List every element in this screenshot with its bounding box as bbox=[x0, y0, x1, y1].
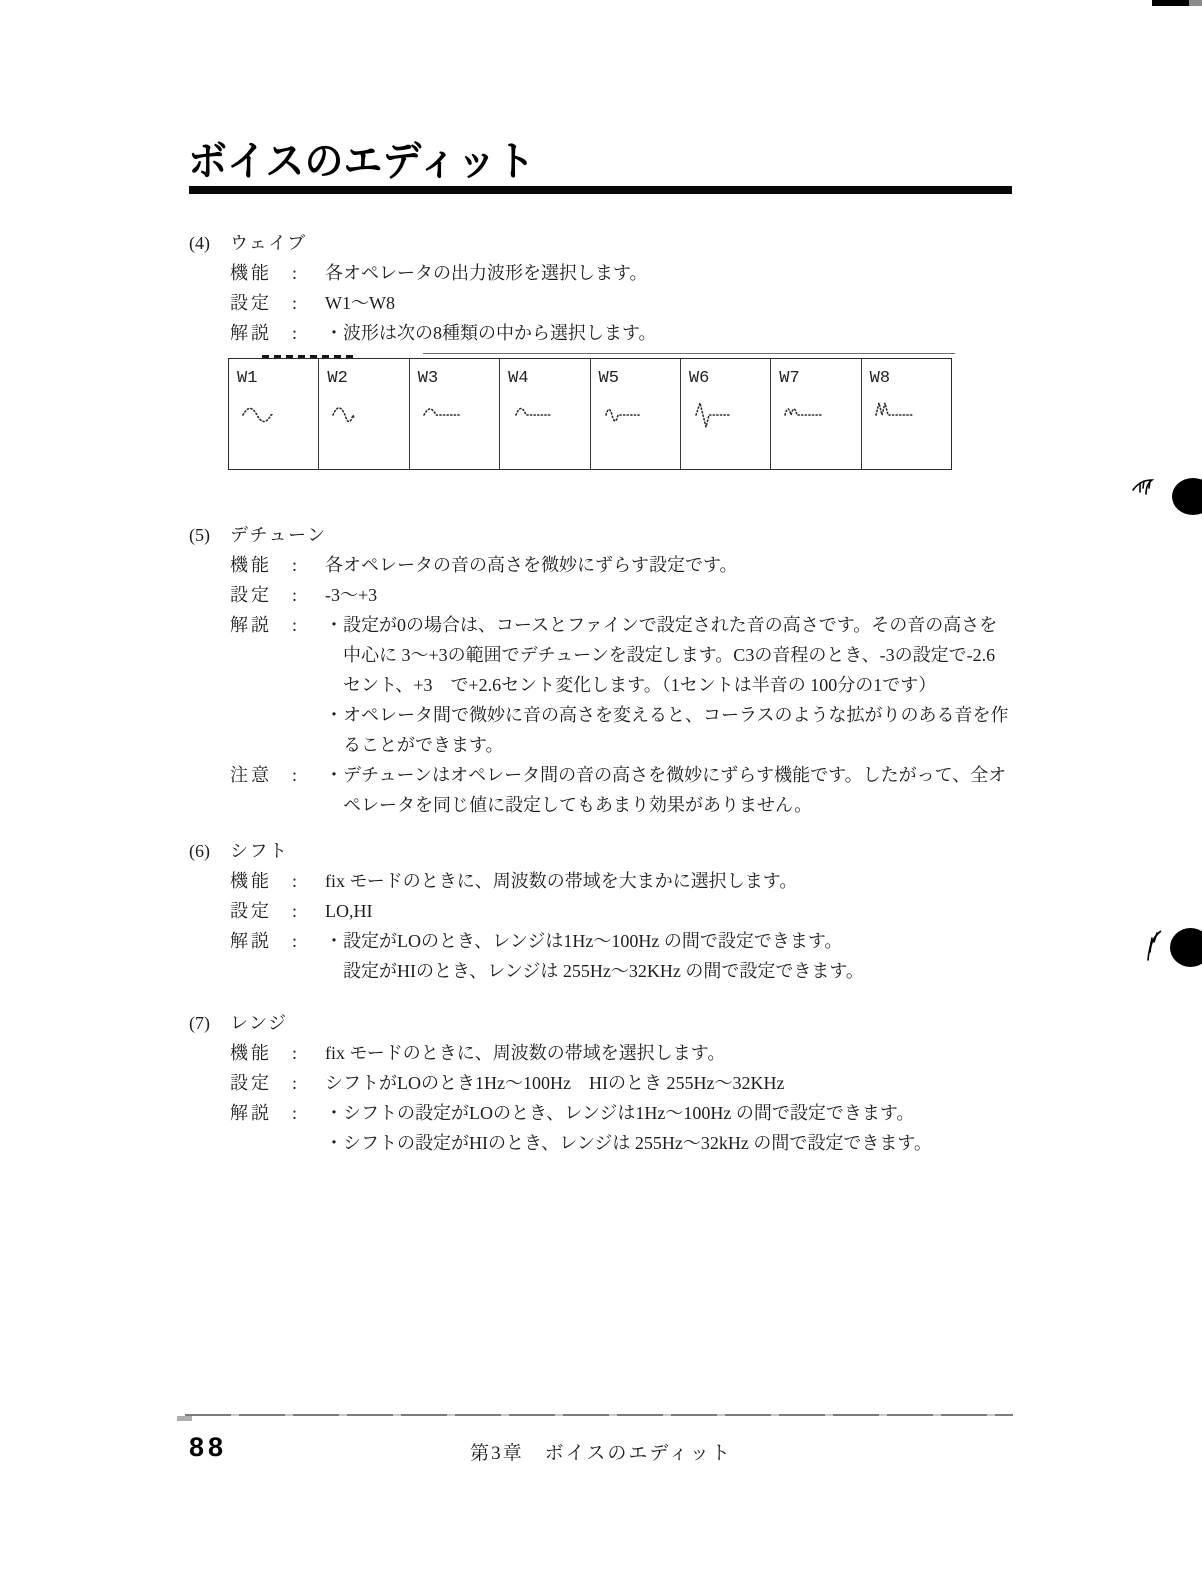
spec-row: 解説 : ・波形は次の8種類の中から選択します。 bbox=[189, 318, 1015, 348]
spec-text: ペレータを同じ値に設定してもあまり効果がありません。 bbox=[325, 790, 1015, 820]
title-rule bbox=[189, 186, 1012, 194]
compressed-sine-wave-icon bbox=[599, 401, 663, 429]
wave-label: W3 bbox=[418, 364, 438, 394]
spec-label: 機能 bbox=[230, 550, 292, 580]
spec-text: 設定がHIのとき、レンジは 255Hz～32KHz の間で設定できます。 bbox=[325, 956, 1015, 986]
full-sine-wave-icon bbox=[237, 401, 301, 429]
spec-row: 設定 : -3～+3 bbox=[189, 580, 1015, 610]
wave-label: W5 bbox=[599, 364, 619, 394]
peaked-sine-wave-icon bbox=[327, 401, 391, 429]
spec-text: 中心に 3～+3の範囲でデチューンを設定します。C3の音程のとき、-3の設定で-… bbox=[325, 640, 1015, 670]
spec-row: 解説 : ・シフトの設定がLOのとき、レンジは1Hz～100Hz の間で設定でき… bbox=[189, 1098, 1015, 1158]
section-name: ウェイブ bbox=[230, 228, 307, 258]
spec-label: 解説 bbox=[230, 318, 292, 348]
wave-cell-w7: W7 bbox=[770, 359, 860, 469]
ink-blot bbox=[1172, 478, 1202, 515]
wave-label: W7 bbox=[779, 364, 799, 394]
spec-text: ・オペレータ間で微妙に音の高さを変えると、コーラスのような拡がりのある音を作 bbox=[325, 700, 1015, 730]
section-number: (7) bbox=[189, 1008, 230, 1038]
section-number: (4) bbox=[189, 228, 230, 258]
ink-blot bbox=[1170, 928, 1202, 967]
spec-colon: : bbox=[292, 926, 325, 986]
spec-text: ることができます。 bbox=[325, 730, 1015, 760]
spec-text: シフトがLOのとき1Hz～100Hz HIのとき 255Hz～32KHz bbox=[325, 1068, 1015, 1098]
wave-cell-w3: W3 bbox=[409, 359, 499, 469]
spec-text: 各オペレータの出力波形を選択します。 bbox=[325, 258, 1015, 288]
spec-row: 設定 : LO,HI bbox=[189, 896, 1015, 926]
spec-text: ・シフトの設定がHIのとき、レンジは 255Hz～32kHz の間で設定できます… bbox=[325, 1128, 1015, 1158]
spec-colon: : bbox=[292, 1098, 325, 1158]
section-shift: (6) シフト 機能 : fix モードのときに、周波数の帯域を大まかに選択しま… bbox=[189, 836, 1015, 986]
section-heading: (4) ウェイブ bbox=[189, 228, 1015, 258]
spec-colon: : bbox=[292, 896, 325, 926]
spec-colon: : bbox=[292, 288, 325, 318]
section-name: デチューン bbox=[230, 520, 327, 550]
spec-text: ・設定が0の場合は、コースとファインで設定された音の高さです。その音の高さを bbox=[325, 610, 1015, 640]
waveform-table: W1 W2 W3 W4 bbox=[228, 358, 952, 470]
spec-row: 設定 : シフトがLOのとき1Hz～100Hz HIのとき 255Hz～32KH… bbox=[189, 1068, 1015, 1098]
scan-artifact-top-right-bar bbox=[1152, 0, 1202, 6]
section-heading: (5) デチューン bbox=[189, 520, 1015, 550]
double-spike-wave-icon bbox=[870, 401, 934, 429]
footer-chapter-title: 第3章 ボイスのエディット bbox=[0, 1438, 1202, 1465]
spec-label: 解説 bbox=[230, 1098, 292, 1158]
spec-row: 機能 : 各オペレータの出力波形を選択します。 bbox=[189, 258, 1015, 288]
section-name: レンジ bbox=[230, 1008, 288, 1038]
spec-label: 設定 bbox=[230, 580, 292, 610]
spec-text: ・デチューンはオペレータ間の音の高さを微妙にずらす機能です。したがって、全オ bbox=[325, 760, 1015, 790]
spec-label: 機能 bbox=[230, 1038, 292, 1068]
spec-colon: : bbox=[292, 550, 325, 580]
spec-label: 注意 bbox=[230, 760, 292, 820]
scanned-manual-page: ボイスのエディット (4) ウェイブ 機能 : 各オペレータの出力波形を選択しま… bbox=[0, 0, 1202, 1576]
spec-text: -3～+3 bbox=[325, 580, 1015, 610]
spec-text: ・波形は次の8種類の中から選択します。 bbox=[325, 318, 1015, 348]
spec-label: 解説 bbox=[230, 926, 292, 986]
spec-colon: : bbox=[292, 610, 325, 760]
spec-row: 解説 : ・設定がLOのとき、レンジは1Hz～100Hz の間で設定できます。 … bbox=[189, 926, 1015, 986]
spec-text: セント、+3 で+2.6セント変化します。（1セントは半音の 100分の1です） bbox=[325, 670, 1015, 700]
spec-label: 設定 bbox=[230, 288, 292, 318]
spec-text: 各オペレータの音の高さを微妙にずらす設定です。 bbox=[325, 550, 1015, 580]
spec-label: 機能 bbox=[230, 258, 292, 288]
spec-colon: : bbox=[292, 1038, 325, 1068]
spec-row: 機能 : fix モードのときに、周波数の帯域を選択します。 bbox=[189, 1038, 1015, 1068]
spec-text: fix モードのときに、周波数の帯域を選択します。 bbox=[325, 1038, 1015, 1068]
page-content: (4) ウェイブ 機能 : 各オペレータの出力波形を選択します。 設定 : W1… bbox=[189, 228, 1015, 1158]
double-hump-wave-icon bbox=[779, 401, 843, 429]
spec-label: 解説 bbox=[230, 610, 292, 760]
wave-label: W4 bbox=[508, 364, 528, 394]
spec-colon: : bbox=[292, 258, 325, 288]
wave-label: W6 bbox=[689, 364, 709, 394]
wave-cell-w6: W6 bbox=[680, 359, 770, 469]
half-sine-wave-icon bbox=[418, 401, 482, 429]
spec-row: 注意 : ・デチューンはオペレータ間の音の高さを微妙にずらす機能です。したがって… bbox=[189, 760, 1015, 820]
narrow-half-sine-wave-icon bbox=[508, 401, 572, 429]
spec-text: ・設定がLOのとき、レンジは1Hz～100Hz の間で設定できます。 bbox=[325, 926, 1015, 956]
spec-label: 機能 bbox=[230, 866, 292, 896]
spec-colon: : bbox=[292, 580, 325, 610]
spec-colon: : bbox=[292, 866, 325, 896]
scan-artifact-speck bbox=[177, 1416, 192, 1421]
spec-colon: : bbox=[292, 760, 325, 820]
wave-cell-w2: W2 bbox=[318, 359, 408, 469]
wave-label: W1 bbox=[237, 364, 257, 394]
section-range: (7) レンジ 機能 : fix モードのときに、周波数の帯域を選択します。 設… bbox=[189, 1008, 1015, 1158]
spec-colon: : bbox=[292, 318, 325, 348]
wave-cell-w4: W4 bbox=[499, 359, 589, 469]
wave-label: W8 bbox=[870, 364, 890, 394]
page-title: ボイスのエディット bbox=[188, 128, 535, 187]
scan-artifact-dashes bbox=[262, 355, 358, 358]
ink-mark-icon bbox=[1130, 474, 1160, 502]
wave-cell-w8: W8 bbox=[861, 359, 951, 469]
section-number: (6) bbox=[189, 836, 230, 866]
waveform-table-grid: W1 W2 W3 W4 bbox=[228, 358, 952, 470]
spec-text: ・シフトの設定がLOのとき、レンジは1Hz～100Hz の間で設定できます。 bbox=[325, 1098, 1015, 1128]
spec-row: 設定 : W1～W8 bbox=[189, 288, 1015, 318]
spec-colon: : bbox=[292, 1068, 325, 1098]
footer-rule bbox=[185, 1414, 1013, 1416]
ink-mark-icon bbox=[1140, 926, 1166, 964]
section-detune: (5) デチューン 機能 : 各オペレータの音の高さを微妙にずらす設定です。 設… bbox=[189, 520, 1015, 820]
section-heading: (7) レンジ bbox=[189, 1008, 1015, 1038]
spiky-compressed-sine-wave-icon bbox=[689, 401, 753, 429]
wave-cell-w5: W5 bbox=[590, 359, 680, 469]
spec-text: LO,HI bbox=[325, 896, 1015, 926]
spec-row: 機能 : 各オペレータの音の高さを微妙にずらす設定です。 bbox=[189, 550, 1015, 580]
section-number: (5) bbox=[189, 520, 230, 550]
spec-row: 機能 : fix モードのときに、周波数の帯域を大まかに選択します。 bbox=[189, 866, 1015, 896]
wave-cell-w1: W1 bbox=[229, 359, 318, 469]
spec-text: fix モードのときに、周波数の帯域を大まかに選択します。 bbox=[325, 866, 1015, 896]
spec-label: 設定 bbox=[230, 1068, 292, 1098]
spec-label: 設定 bbox=[230, 896, 292, 926]
spec-row: 解説 : ・設定が0の場合は、コースとファインで設定された音の高さです。その音の… bbox=[189, 610, 1015, 760]
section-name: シフト bbox=[230, 836, 289, 866]
spec-text: W1～W8 bbox=[325, 288, 1015, 318]
section-wave: (4) ウェイブ 機能 : 各オペレータの出力波形を選択します。 設定 : W1… bbox=[189, 228, 1015, 470]
wave-label: W2 bbox=[327, 364, 347, 394]
section-heading: (6) シフト bbox=[189, 836, 1015, 866]
scan-artifact-double-border bbox=[423, 353, 955, 354]
